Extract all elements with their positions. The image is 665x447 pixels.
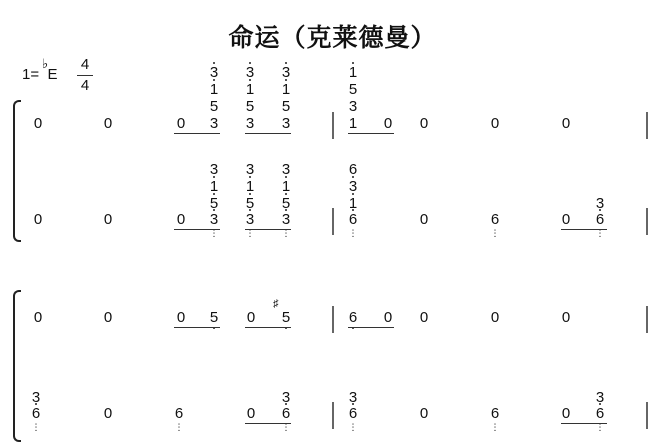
note: 3 [279,212,293,228]
low-octave-dots: ⋮ [29,425,43,429]
barline [646,112,648,139]
note: 0 [381,116,395,132]
beam [245,133,291,134]
beam [174,133,220,134]
note: 1 [243,82,257,98]
note: 0 [174,116,188,132]
low-octave-dots: ⋮ [279,425,293,429]
note: 5 [243,99,257,115]
system-brace [13,290,21,442]
sharp-icon: ♯ [273,298,279,310]
low-octave-dots: ⋮ [346,231,360,235]
note: 0 [488,116,502,132]
barline [332,112,334,139]
note: 5 [207,310,221,326]
beam [245,229,291,230]
low-octave-dots: ⋮ [346,425,360,429]
beam [561,423,607,424]
low-octave-dots: ⋮ [172,425,186,429]
barline [646,402,648,429]
note: 0 [559,116,573,132]
note: 0 [101,310,115,326]
note: 6 [593,406,607,422]
note: 0 [559,212,573,228]
note: 1 [207,82,221,98]
system-brace [13,100,21,242]
barline [332,402,334,429]
note: 5 [207,99,221,115]
note: 5 [279,99,293,115]
barline [332,208,334,235]
low-octave-dots: ⋮ [593,425,607,429]
note: 0 [417,406,431,422]
barline [332,306,334,333]
note: 0 [101,406,115,422]
note: 0 [31,310,45,326]
barline [646,208,648,235]
note: 0 [244,310,258,326]
note: 0 [417,116,431,132]
note: 5 [346,82,360,98]
note: 6 [29,406,43,422]
note: 6 [346,406,360,422]
flat-icon: ♭ [42,56,48,72]
note: 1 [346,116,360,132]
low-octave-dots: ⋮ [279,231,293,235]
beam [348,327,394,328]
low-octave-dots: ⋮ [488,231,502,235]
note: 1 [279,82,293,98]
score-title: 命运（克莱德曼） [0,18,665,54]
note: 0 [417,310,431,326]
note: 0 [559,406,573,422]
note: 5 [279,310,293,326]
beam [174,229,220,230]
note: 0 [244,406,258,422]
beam [561,229,607,230]
key-signature: 1= E [22,66,57,83]
beam [245,423,291,424]
note: 0 [488,310,502,326]
low-octave-dots: ⋮ [207,231,221,235]
note: 3 [207,116,221,132]
note: 3 [243,116,257,132]
low-octave-dots: ⋮ [593,231,607,235]
note: 0 [174,212,188,228]
note: 0 [101,116,115,132]
note: 1 [346,65,360,81]
beam [245,327,291,328]
note: 0 [31,116,45,132]
note: 6 [346,310,360,326]
time-signature: 4 4 [77,56,93,95]
low-octave-dots: ⋮ [243,231,257,235]
note: 3 [279,116,293,132]
note: 6 [346,212,360,228]
beam [348,133,394,134]
note: 3 [207,212,221,228]
note: 6 [593,212,607,228]
note: 6 [279,406,293,422]
note: 0 [101,212,115,228]
note: 6 [488,406,502,422]
note: 0 [381,310,395,326]
note: 0 [174,310,188,326]
note: 3 [346,99,360,115]
note: 3 [243,212,257,228]
barline [646,306,648,333]
note: 0 [31,212,45,228]
note: 6 [172,406,186,422]
low-octave-dots: ⋮ [488,425,502,429]
note: 6 [488,212,502,228]
note: 0 [417,212,431,228]
note: 0 [559,310,573,326]
beam [174,327,220,328]
